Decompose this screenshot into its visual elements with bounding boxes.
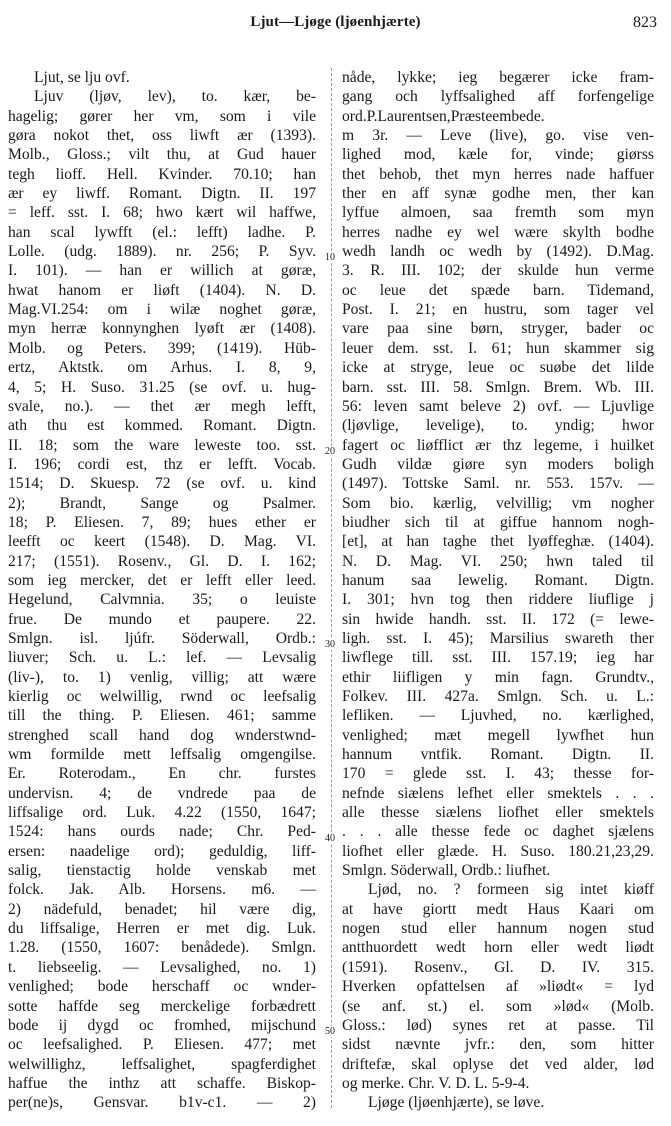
line-number-30: 30: [324, 639, 336, 650]
text-line: till the thing. P. Eliesen. 461; samme: [8, 706, 316, 725]
text-line: lighed mod, kæle for, vinde; giørss: [342, 145, 654, 164]
text-line: Hegelund, Calvmnia. 35; o leuiste: [8, 590, 316, 609]
text-line: hannum vntfik. Romant. Digtn. II.: [342, 745, 654, 764]
text-line: liofhet eller glæde. H. Suso. 180.21,23,…: [342, 842, 654, 861]
text-line: salig, tienstactig holde venskab met: [8, 861, 316, 880]
text-line: sin hwide handh. sst. II. 172 (= lewe-: [342, 610, 654, 629]
text-line: (1591). Rosenv., Gl. D. IV. 315.: [342, 958, 654, 977]
text-line: og merke. Chr. V. D. L. 5-9-4.: [342, 1074, 654, 1093]
text-line: Ljut, se lju ovf.: [8, 68, 316, 87]
text-line: sidst nævnte jvfr.: den, som hitter: [342, 1035, 654, 1054]
text-line: N. D. Mag. VI. 250; hwn taled til: [342, 552, 654, 571]
text-line: t. liebseelig. — Levsalighed, no. 1): [8, 958, 316, 977]
text-line: 2) nädefuld, benadet; hil være dig,: [8, 900, 316, 919]
text-line: myn herræ konnynghen lyøft ær (1408).: [8, 319, 316, 338]
text-line: ord.P.Laurentsen,Præsteembede.: [342, 107, 654, 126]
text-line: ersen: naadelige ord); geduldig, liff-: [8, 842, 316, 861]
line-number-40: 40: [324, 833, 336, 844]
text-line: leefft oc keert (1548). D. Mag. VI.: [8, 532, 316, 551]
text-line: strenghed scall hand dog wnderstwnd-: [8, 726, 316, 745]
text-line: tegh lioff. Hell. Kvinder. 70.10; han: [8, 165, 316, 184]
left-column: Ljut, se lju ovf.Ljuv (ljøv, lev), to. k…: [8, 68, 316, 1113]
text-line: Smlgn. Söderwall, Ordb.: liufhet.: [342, 861, 654, 880]
text-line: Molb. og Peters. 399; (1419). Hüb-: [8, 339, 316, 358]
text-line: Hverken opfattelsen af »liødt« = lyd: [342, 977, 654, 996]
text-line: Ljuv (ljøv, lev), to. kær, be-: [8, 87, 316, 106]
line-number-50: 50: [324, 1026, 336, 1037]
text-line: I. 301; hvn tog then riddere liuflige j: [342, 590, 654, 609]
text-line: bode ij dygd oc fromhed, mijschund: [8, 1016, 316, 1035]
text-line: ligh. sst. I. 45); Marsilius swareth the…: [342, 629, 654, 648]
text-line: han scal lywfft (el.: lefft) ladhe. P.: [8, 223, 316, 242]
text-line: (liv-), to. 1) venlig, villig; att wære: [8, 668, 316, 687]
text-line: Post. I. 21; en hustru, som tager vel: [342, 300, 654, 319]
text-line: hagelig; gører her vm, som i vile: [8, 107, 316, 126]
text-line: Ljøge (ljøenhjærte), se løve.: [342, 1093, 654, 1112]
text-line: 1.28. (1550, 1607: benådede). Smlgn.: [8, 938, 316, 957]
text-line: oc leefsalighed. P. Eliesen. 477; met: [8, 1035, 316, 1054]
text-line: barn. sst. III. 58. Smlgn. Brem. Wb. III…: [342, 378, 654, 397]
text-line: biudher sich til at giffue hannom nogh-: [342, 513, 654, 532]
text-line: gang och lyffsalighed aff forfengelige: [342, 87, 654, 106]
text-line: ther en aff synæ godhe men, ther kan: [342, 184, 654, 203]
text-line: (se anf. st.) el. som »lød« (Molb.: [342, 997, 654, 1016]
text-line: 4, 5; H. Suso. 31.25 (se ovf. u. hug-: [8, 378, 316, 397]
text-line: Molb., Gloss.; vilt thu, at Gud hauer: [8, 145, 316, 164]
text-line: thet behob, thet myn herres nade haffuer: [342, 165, 654, 184]
text-line: venlighed; mæt megell lywfhet hun: [342, 726, 654, 745]
text-line: Gudh vildæ giøre syn moders boligh: [342, 455, 654, 474]
page-number: 823: [633, 14, 657, 32]
text-line: som ieg mercker, det er lefft eller leed…: [8, 571, 316, 590]
text-line: = leff. sst. I. 68; hwo kært wil haffwe,: [8, 203, 316, 222]
text-line: [et], at han taghe thet lyøffeghæ. (1404…: [342, 532, 654, 551]
text-line: gøra nokot thet, oss liwft ær (1393).: [8, 126, 316, 145]
text-line: leuer dem. sst. I. 61; hun skammer sig: [342, 339, 654, 358]
text-line: kierlig oc welwillig, rwnd oc leefsalig: [8, 687, 316, 706]
text-line: 3. R. III. 102; der skulde hun verme: [342, 261, 654, 280]
text-line: 1524: hans ourds nade; Chr. Ped-: [8, 822, 316, 841]
text-line: at have giortt medt Haus Kaari om: [342, 900, 654, 919]
text-line: welwillighz, leffsalighet, spagferdighet: [8, 1055, 316, 1074]
text-line: ath thu est kommed. Romant. Digtn.: [8, 416, 316, 435]
text-line: svale, no.). — thet ær megh lefft,: [8, 397, 316, 416]
text-line: I. 196; cordi est, thz er lefft. Vocab.: [8, 455, 316, 474]
text-line: lefliken. — Ljuvhed, no. kærlighed,: [342, 706, 654, 725]
text-line: Lolle. (udg. 1889). nr. 256; P. Syv.: [8, 242, 316, 261]
text-line: 217; (1551). Rosenv., Gl. D. I. 162;: [8, 552, 316, 571]
text-line: du liffsalige, Herren er met dig. Luk.: [8, 919, 316, 938]
text-line: venlighed; bode herschaff oc wnder-: [8, 977, 316, 996]
text-line: icke at stryge, leue oc suøbe det lilde: [342, 358, 654, 377]
text-line: nefnde siælens lefhet eller smektels . .…: [342, 784, 654, 803]
text-line: Folkev. III. 427a. Smlgn. Sch. u. L.:: [342, 687, 654, 706]
text-line: ertz, Aktstk. om Arhus. I. 8, 9,: [8, 358, 316, 377]
text-line: antthuordett wedt horn eller wedt liødt: [342, 938, 654, 957]
text-line: liffsalige ord. Luk. 4.22 (1550, 1647;: [8, 803, 316, 822]
text-line: ær ey liwff. Romant. Digtn. II. 197: [8, 184, 316, 203]
text-line: wm formilde mett leffsalig omgengilse.: [8, 745, 316, 764]
text-line: oc leue det spæde barn. Tidemand,: [342, 281, 654, 300]
text-line: I. 101). — han er willich at gøræ,: [8, 261, 316, 280]
running-title: Ljut—Ljøge (ljøenhjærte): [0, 14, 671, 31]
text-line: nogen stud eller hannum nogen stud: [342, 919, 654, 938]
text-line: folck. Jak. Alb. Horsens. m6. —: [8, 880, 316, 899]
line-number-20: 20: [324, 446, 336, 457]
text-line: Ljød, no. ? formeen sig intet kiøff: [342, 880, 654, 899]
text-line: frue. De mundo et paupere. 22.: [8, 610, 316, 629]
text-line: Gloss.: lød) synes ret at passe. Til: [342, 1016, 654, 1035]
text-line: m 3r. — Leve (live), go. vise ven-: [342, 126, 654, 145]
line-number-10: 10: [324, 252, 336, 263]
text-line: lyffue almoen, saa fremth som myn: [342, 203, 654, 222]
text-line: herres nadhe ey wel wære skylth bodhe: [342, 223, 654, 242]
text-line: 2); Brandt, Sange og Psalmer.: [8, 494, 316, 513]
text-line: liwflege till. sst. III. 157.19; ieg har: [342, 648, 654, 667]
text-line: (ljøvlige, levelige), to. yndig; hwor: [342, 416, 654, 435]
page-header: Ljut—Ljøge (ljøenhjærte) 823: [0, 14, 671, 34]
text-line: wedh landh oc wedh by (1492). D.Mag.: [342, 242, 654, 261]
text-line: Som bio. kærlig, velvillig; vm nogher: [342, 494, 654, 513]
text-line: vare paa sine børn, stryger, bader oc: [342, 319, 654, 338]
text-line: liuver; Sch. u. L.: lef. — Levsalig: [8, 648, 316, 667]
text-line: driftefæ, skal oplyse det ved alder, lød: [342, 1055, 654, 1074]
text-line: sotte haffde seg merckelige forbædrett: [8, 997, 316, 1016]
text-line: 170 = glede sst. I. 43; thesse for-: [342, 764, 654, 783]
text-line: II. 18; som the ware leweste too. sst.: [8, 436, 316, 455]
text-line: Er. Roterodam., En chr. furstes: [8, 764, 316, 783]
column-divider: [331, 68, 332, 1108]
text-line: haffue the inthz att schaffe. Biskop-: [8, 1074, 316, 1093]
text-line: Smlgn. isl. ljúfr. Söderwall, Ordb.:: [8, 629, 316, 648]
text-line: (1497). Tottske Saml. nr. 553. 157v. —: [342, 474, 654, 493]
text-line: 18; P. Eliesen. 7, 89; hues ether er: [8, 513, 316, 532]
text-line: . . . alle thesse fede oc daghet sjælens: [342, 822, 654, 841]
text-line: 56: leven samt beleve 2) ovf. — Ljuvlige: [342, 397, 654, 416]
text-line: fagert oc liøfflict ær thz legeme, i hui…: [342, 436, 654, 455]
text-line: undervisn. 4; de vndrede paa de: [8, 784, 316, 803]
text-line: alle thesse siælens liofhet eller smekte…: [342, 803, 654, 822]
text-line: nåde, lykke; ieg begærer icke fram-: [342, 68, 654, 87]
text-line: ethir liifligen y min fagn. Grundtv.,: [342, 668, 654, 687]
text-line: Mag.VI.254: om i wilæ noghet gøræ,: [8, 300, 316, 319]
text-line: per(ne)s, Gensvar. b1v-c1. — 2): [8, 1093, 316, 1112]
text-line: hwat hanom er liøft (1404). N. D.: [8, 281, 316, 300]
right-column: nåde, lykke; ieg begærer icke fram-gang …: [342, 68, 654, 1113]
text-line: 1514; D. Skuesp. 72 (se ovf. u. kind: [8, 474, 316, 493]
text-line: hanum saa lewelig. Romant. Digtn.: [342, 571, 654, 590]
